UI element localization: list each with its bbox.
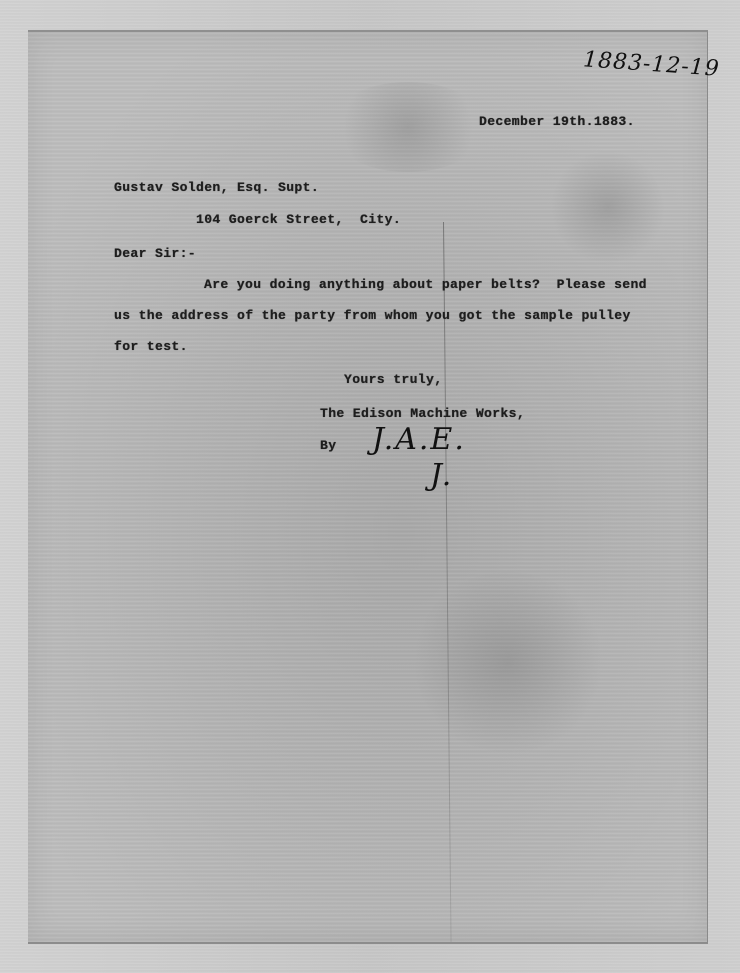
by-label: By [320, 438, 336, 453]
smudge-mark [548, 152, 668, 262]
fold-crease [443, 222, 452, 942]
body-line-2: us the address of the party from whom yo… [114, 308, 631, 323]
salutation: Dear Sir:- [114, 246, 196, 261]
closing: Yours truly, [344, 372, 442, 387]
body-line-3: for test. [114, 339, 188, 354]
smudge-mark [328, 82, 488, 172]
recipient-name: Gustav Solden, Esq. Supt. [114, 180, 319, 195]
recipient-address: 104 Goerck Street, City. [196, 212, 401, 227]
signature-initials-second: J. [430, 458, 453, 493]
signature-initials: J.A.E. [372, 422, 466, 457]
body-line-1: Are you doing anything about paper belts… [204, 277, 647, 292]
company-name: The Edison Machine Works, [320, 406, 525, 421]
letter-page [28, 30, 708, 944]
letter-date: December 19th.1883. [479, 114, 635, 129]
smudge-mark [408, 572, 608, 752]
